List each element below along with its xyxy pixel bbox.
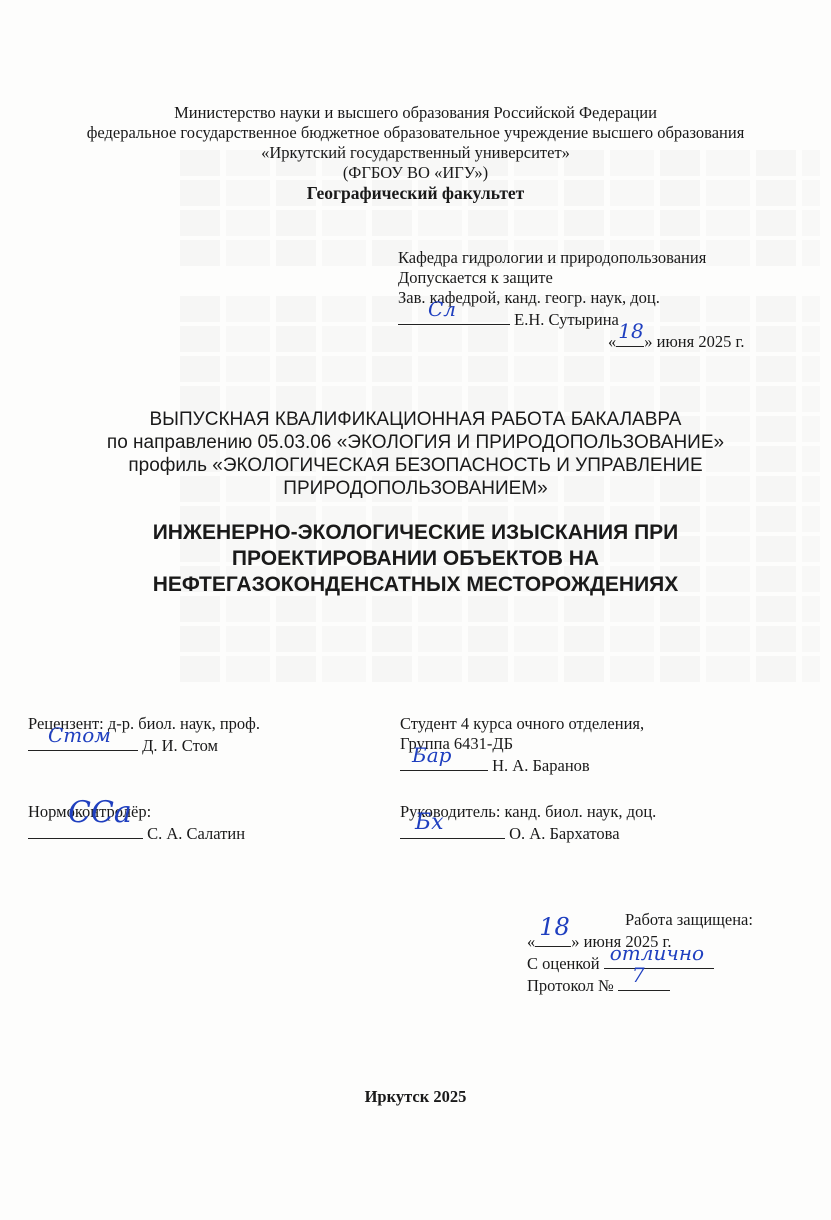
institution-type-line: федеральное государственное бюджетное об… [0, 123, 831, 143]
approval-day-line: 18 [616, 330, 644, 347]
supervisor-signature: Бх [415, 814, 444, 832]
university-abbreviation: (ФГБОУ ВО «ИГУ») [0, 163, 831, 183]
head-name: Е.Н. Сутырина [514, 310, 619, 329]
supervisor-name: О. А. Бархатова [509, 824, 619, 843]
normcontroller-signature: ССа [68, 804, 132, 822]
grade-line: отлично [604, 952, 714, 969]
department-name: Кафедра гидрологии и природопользования [398, 248, 744, 268]
approval-day: 18 [618, 322, 643, 340]
reviewer-signature-line: Стом [28, 734, 138, 751]
reviewer-name: Д. И. Стом [142, 736, 218, 755]
thesis-title: ИНЖЕНЕРНО-ЭКОЛОГИЧЕСКИЕ ИЗЫСКАНИЯ ПРИ ПР… [0, 520, 831, 598]
defense-block: Работа защищена: «18» июня 2025 г. С оце… [527, 910, 753, 996]
protocol-label: Протокол № [527, 976, 614, 995]
normcontroller-block: Нормоконтролёр: ССа С. А. Салатин [28, 802, 245, 844]
reviewer-signature: Стом [48, 726, 111, 744]
protocol-number: 7 [632, 966, 645, 984]
student-block: Студент 4 курса очного отделения, Группа… [400, 714, 644, 776]
student-signature: Бар [412, 746, 451, 764]
supervisor-signature-line: Бх [400, 822, 505, 839]
header-block: Министерство науки и высшего образования… [0, 103, 831, 203]
supervisor-block: Руководитель: канд. биол. наук, доц. Бх … [400, 802, 656, 844]
defense-day-line: 18 [535, 930, 571, 947]
faculty-name: Географический факультет [0, 183, 831, 203]
admitted-label: Допускается к защите [398, 268, 744, 288]
head-signature: Сл [428, 300, 456, 318]
work-profile-line1: профиль «ЭКОЛОГИЧЕСКАЯ БЕЗОПАСНОСТЬ И УП… [0, 454, 831, 477]
ministry-line: Министерство науки и высшего образования… [0, 103, 831, 123]
reviewer-block: Рецензент: д-р. биол. наук, проф. Стом Д… [28, 714, 260, 756]
work-profile-line2: ПРИРОДОПОЛЬЗОВАНИЕМ» [0, 477, 831, 500]
work-description: ВЫПУСКНАЯ КВАЛИФИКАЦИОННАЯ РАБОТА БАКАЛА… [0, 408, 831, 500]
head-signature-line: Сл [398, 308, 510, 325]
grade-value: отлично [610, 944, 704, 962]
work-type: ВЫПУСКНАЯ КВАЛИФИКАЦИОННАЯ РАБОТА БАКАЛА… [0, 408, 831, 431]
student-signature-line: Бар [400, 754, 488, 771]
city-year: Иркутск 2025 [0, 1087, 831, 1107]
approval-date: » июня 2025 г. [644, 332, 744, 351]
student-label: Студент 4 курса очного отделения, [400, 714, 644, 734]
grade-label: С оценкой [527, 954, 600, 973]
defense-day: 18 [539, 918, 570, 936]
student-name: Н. А. Баранов [492, 756, 590, 775]
protocol-line: 7 [618, 974, 670, 991]
approval-block: Кафедра гидрологии и природопользования … [398, 248, 744, 352]
normcontroller-signature-line: ССа [28, 822, 143, 839]
work-direction: по направлению 05.03.06 «ЭКОЛОГИЯ И ПРИР… [0, 431, 831, 454]
normcontroller-name: С. А. Салатин [147, 824, 245, 843]
normcontroller-label: Нормоконтролёр: [28, 802, 245, 822]
university-name: «Иркутский государственный университет» [0, 143, 831, 163]
